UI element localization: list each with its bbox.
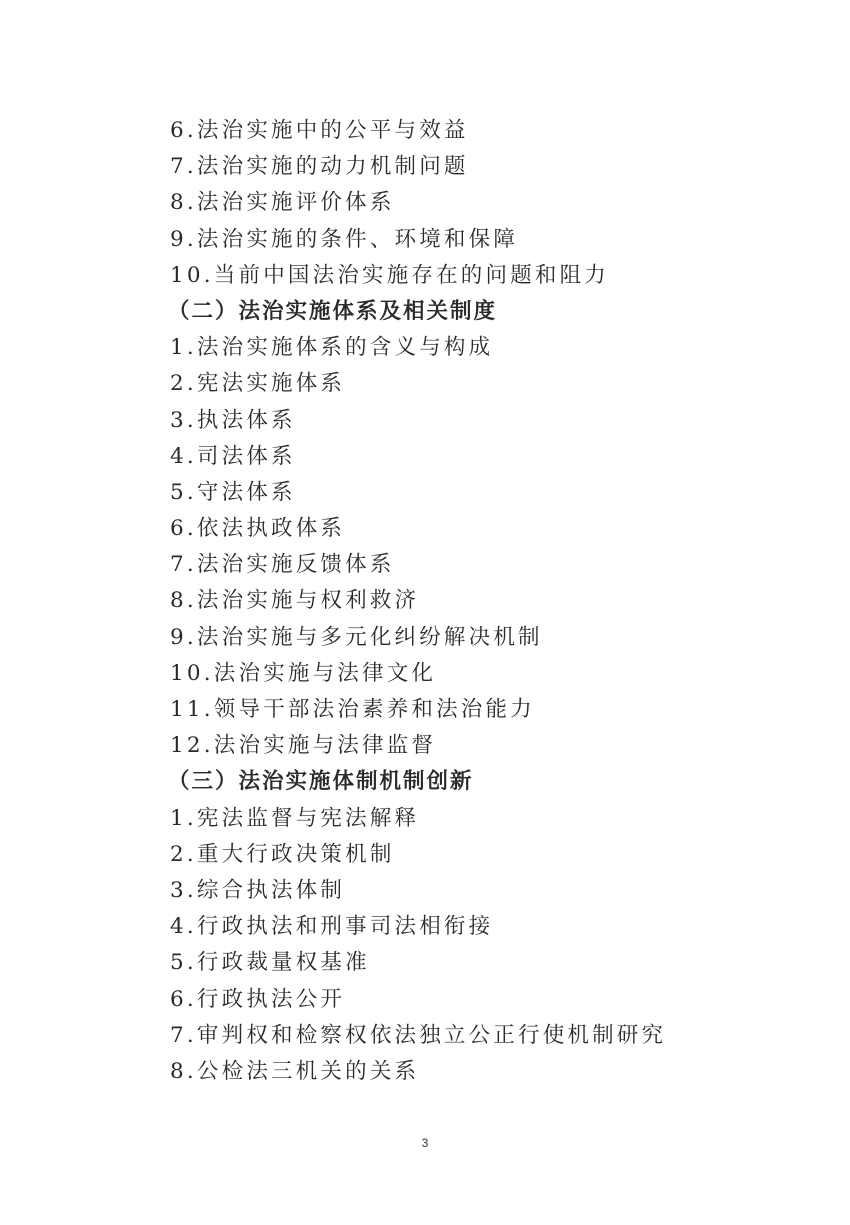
list-item: 11.领导干部法治素养和法治能力 bbox=[170, 692, 666, 728]
document-page: 6.法治实施中的公平与效益 7.法治实施的动力机制问题 8.法治实施评价体系 9… bbox=[0, 0, 850, 1225]
list-item: 3.综合执法体制 bbox=[170, 873, 666, 909]
list-item: 6.依法执政体系 bbox=[170, 511, 666, 547]
list-item: 6.法治实施中的公平与效益 bbox=[170, 113, 666, 149]
list-item: 8.公检法三机关的关系 bbox=[170, 1054, 666, 1090]
list-item: 7.法治实施反馈体系 bbox=[170, 547, 666, 583]
list-item: 9.法治实施与多元化纠纷解决机制 bbox=[170, 620, 666, 656]
list-item: 4.行政执法和刑事司法相衔接 bbox=[170, 909, 666, 945]
list-item: 7.法治实施的动力机制问题 bbox=[170, 149, 666, 185]
list-item: 5.守法体系 bbox=[170, 475, 666, 511]
list-item: 9.法治实施的条件、环境和保障 bbox=[170, 222, 666, 258]
list-item: 2.重大行政决策机制 bbox=[170, 837, 666, 873]
list-item: 10.法治实施与法律文化 bbox=[170, 656, 666, 692]
section-heading: （三）法治实施体制机制创新 bbox=[168, 764, 666, 800]
page-number: 3 bbox=[0, 1136, 850, 1150]
list-item: 1.宪法监督与宪法解释 bbox=[170, 801, 666, 837]
list-item: 8.法治实施与权利救济 bbox=[170, 583, 666, 619]
list-item: 4.司法体系 bbox=[170, 439, 666, 475]
list-item: 10.当前中国法治实施存在的问题和阻力 bbox=[170, 258, 666, 294]
list-item: 8.法治实施评价体系 bbox=[170, 185, 666, 221]
topic-list: 6.法治实施中的公平与效益 7.法治实施的动力机制问题 8.法治实施评价体系 9… bbox=[170, 113, 666, 1090]
list-item: 3.执法体系 bbox=[170, 403, 666, 439]
list-item: 7.审判权和检察权依法独立公正行使机制研究 bbox=[170, 1018, 666, 1054]
list-item: 1.法治实施体系的含义与构成 bbox=[170, 330, 666, 366]
section-heading: （二）法治实施体系及相关制度 bbox=[168, 294, 666, 330]
list-item: 6.行政执法公开 bbox=[170, 982, 666, 1018]
list-item: 2.宪法实施体系 bbox=[170, 366, 666, 402]
list-item: 12.法治实施与法律监督 bbox=[170, 728, 666, 764]
list-item: 5.行政裁量权基准 bbox=[170, 945, 666, 981]
